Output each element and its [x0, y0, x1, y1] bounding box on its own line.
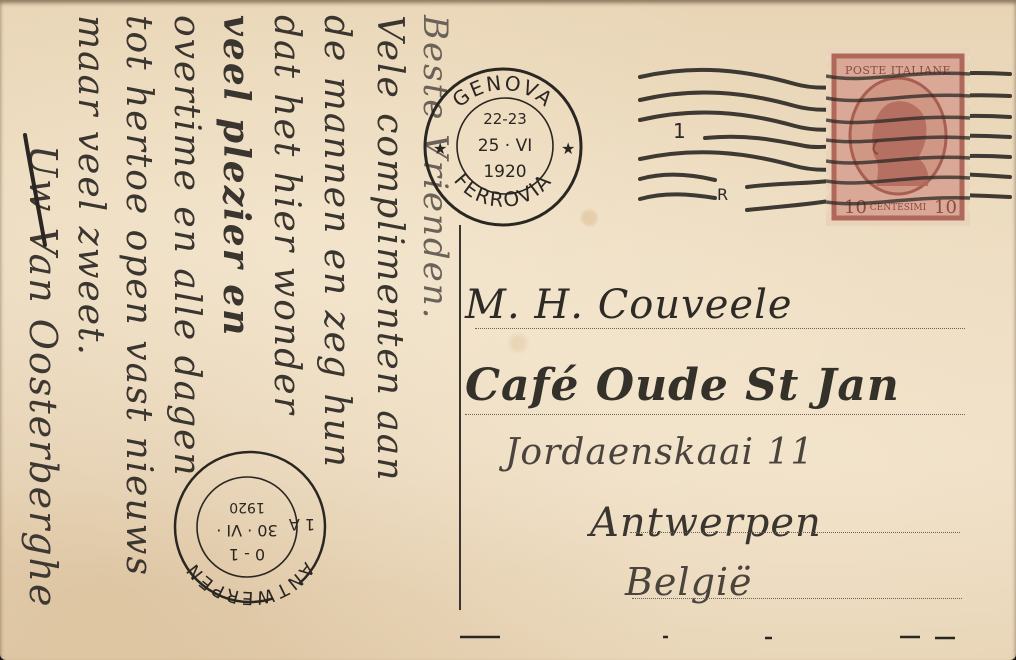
postmark-year: 1920 [483, 162, 526, 182]
stamp-value-left: 10 [844, 197, 867, 218]
address-rule [632, 598, 962, 599]
arrival-city: ANTWERPEN [182, 558, 319, 608]
svg-text:★: ★ [433, 141, 447, 158]
address-rule [630, 532, 960, 533]
stamp-value-text: CENTESIMI [870, 203, 927, 213]
address-line-street: Jordaenskaai 11 [505, 432, 814, 473]
arrival-number: 1 A [289, 515, 315, 534]
postmark-time: 22-23 [483, 110, 527, 128]
svg-text:★: ★ [561, 141, 575, 158]
arrival-line1: 0 - 1 [229, 545, 265, 564]
arrival-year: 1920 [229, 499, 265, 515]
stamp-value-right: 10 [934, 197, 957, 218]
address-line-business: Café Oude St Jan [465, 360, 900, 411]
postage-stamp: POSTE ITALIANE 10 10 CENTESIMI [826, 48, 970, 226]
message-line: dat het hier wonder [266, 15, 307, 416]
message-line: tot hertoe open vast nieuws [118, 15, 159, 577]
postmark-antwerpen: ANTWERPEN 0 - 1 30 · VI · 1920 1 A [165, 445, 335, 610]
address-divider [459, 225, 461, 610]
message-line: maar veel zweet. [70, 15, 111, 357]
postmark-genova: GENOVA FERROVIA ★ ★ 22-23 25 · VI 1920 [413, 62, 593, 232]
message-line: veel plezier en [215, 15, 257, 337]
address-rule [465, 414, 965, 415]
message-line: Vele complimenten aan [369, 15, 410, 482]
pen-stroke [15, 130, 55, 250]
message-line: overtime en alle dagen [166, 15, 207, 478]
cancel-mark-r: R [717, 185, 728, 204]
svg-text:GENOVA: GENOVA [448, 71, 559, 112]
postcard-back: Beste Vrienden. Vele complimenten aan de… [0, 0, 1016, 660]
address-line-city: Antwerpen [590, 500, 822, 546]
message-line: de mannen en zeg hun [316, 15, 357, 469]
svg-text:ANTWERPEN: ANTWERPEN [182, 558, 319, 608]
bottom-dashes [0, 630, 1016, 650]
postmark-date: 25 · VI [478, 136, 533, 156]
address-line-name: M. H. Couveele [465, 282, 793, 328]
address-rule [475, 328, 965, 329]
cancel-mark-1: 1 [673, 119, 686, 143]
postmark-city: GENOVA [448, 71, 559, 112]
arrival-line2: 30 · VI · [216, 521, 277, 540]
